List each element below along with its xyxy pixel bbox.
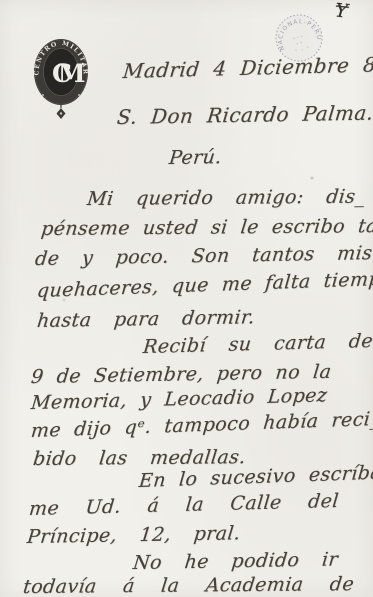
handwriting-line: quehaceres, que me falta tiempo: [36, 269, 373, 302]
handwriting-line: me Ud. á la Calle del: [28, 491, 340, 520]
handwriting-line: de y poco. Son tantos mis: [34, 243, 373, 270]
handwriting-line: Mi querido amigo: dis_: [86, 187, 366, 210]
handwriting-line: No he podido ir: [132, 549, 339, 573]
centro-militar-seal-icon: CENTRO MILITAR CM: [30, 36, 92, 120]
handwriting-line: 9 de Setiembre, pero no la: [30, 362, 332, 388]
handwriting-line: hasta para dormir.: [36, 307, 256, 332]
recipient-line: S. Don Ricardo Palma.: [116, 102, 373, 128]
archival-corner-mark: Ɏ: [334, 0, 349, 23]
destination-line: Perú.: [168, 147, 223, 169]
handwriting-line: todavía á la Academia de la: [22, 574, 373, 597]
date-line: Madrid 4 Diciembre 84.: [122, 53, 373, 82]
handwriting-line: pénseme usted si le escribo tar_: [40, 216, 373, 240]
scanned-letter-page: CENTRO MILITAR CM NACIONAL-PERU: [0, 0, 373, 597]
handwriting-line: Príncipe, 12, pral.: [26, 523, 241, 548]
handwriting-line: Recibí su carta del: [142, 331, 373, 358]
handwriting-line: Memoria, y Leocadio Lopez: [30, 385, 328, 414]
handwriting-line: me dijo qᵉ. tampoco había reci_: [30, 409, 373, 442]
